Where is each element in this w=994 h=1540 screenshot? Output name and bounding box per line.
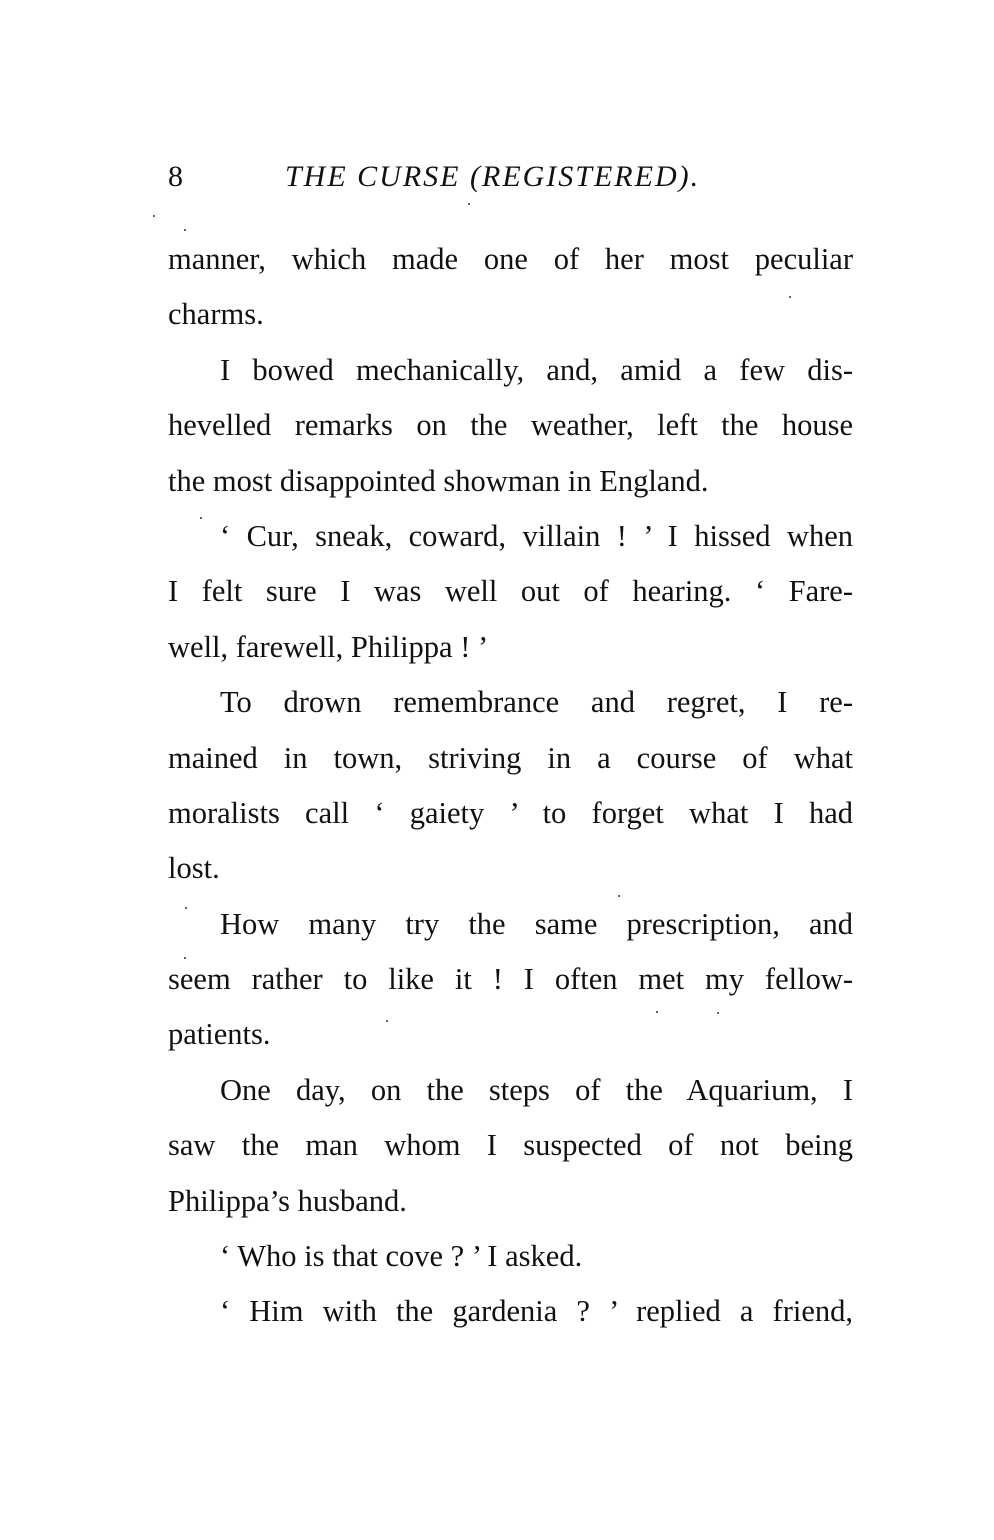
text-line: saw the man whom I suspected of not bein… [168,1118,853,1173]
text-line: hevelled remarks on the weather, left th… [168,398,853,453]
scan-speck [717,1012,719,1014]
text-line: I bowed mechanically, and, amid a few di… [168,343,853,398]
running-title: THE CURSE (REGISTERED). [285,160,700,194]
running-head: 8 THE CURSE (REGISTERED). [168,160,808,200]
scan-speck [386,1020,388,1022]
text-line: To drown remembrance and regret, I re- [168,675,853,730]
scan-speck [184,229,186,231]
book-page: 8 THE CURSE (REGISTERED). manner, which … [0,0,994,1540]
text-line: I felt sure I was well out of hearing. ‘… [168,564,853,619]
text-line: charms. [168,287,853,342]
text-line: patients. [168,1007,853,1062]
text-line: ‘ Who is that cove ? ’ I asked. [168,1229,853,1284]
text-line: ‘ Him with the gardenia ? ’ replied a fr… [168,1284,853,1339]
body-text: manner, which made one of her most pecul… [168,232,853,1340]
text-line: moralists call ‘ gaiety ’ to forget what… [168,786,853,841]
text-line: lost. [168,841,853,896]
scan-speck [468,203,470,205]
scan-speck [153,215,155,217]
text-line: manner, which made one of her most pecul… [168,232,853,287]
scan-speck [200,517,202,519]
scan-speck [789,296,791,298]
scan-speck [184,957,186,959]
text-line: mained in town, striving in a course of … [168,731,853,786]
text-line: well, farewell, Philippa ! ’ [168,620,853,675]
scan-speck [618,895,620,897]
text-line: ‘ Cur, sneak, coward, villain ! ’ I hiss… [168,509,853,564]
scan-speck [656,1011,658,1013]
text-line: Philippa’s husband. [168,1174,853,1229]
text-line: One day, on the steps of the Aquarium, I [168,1063,853,1118]
scan-speck [185,907,187,909]
text-line: seem rather to like it ! I often met my … [168,952,853,1007]
text-line: How many try the same prescription, and [168,897,853,952]
page-number: 8 [168,160,183,194]
text-line: the most disappointed showman in England… [168,454,853,509]
